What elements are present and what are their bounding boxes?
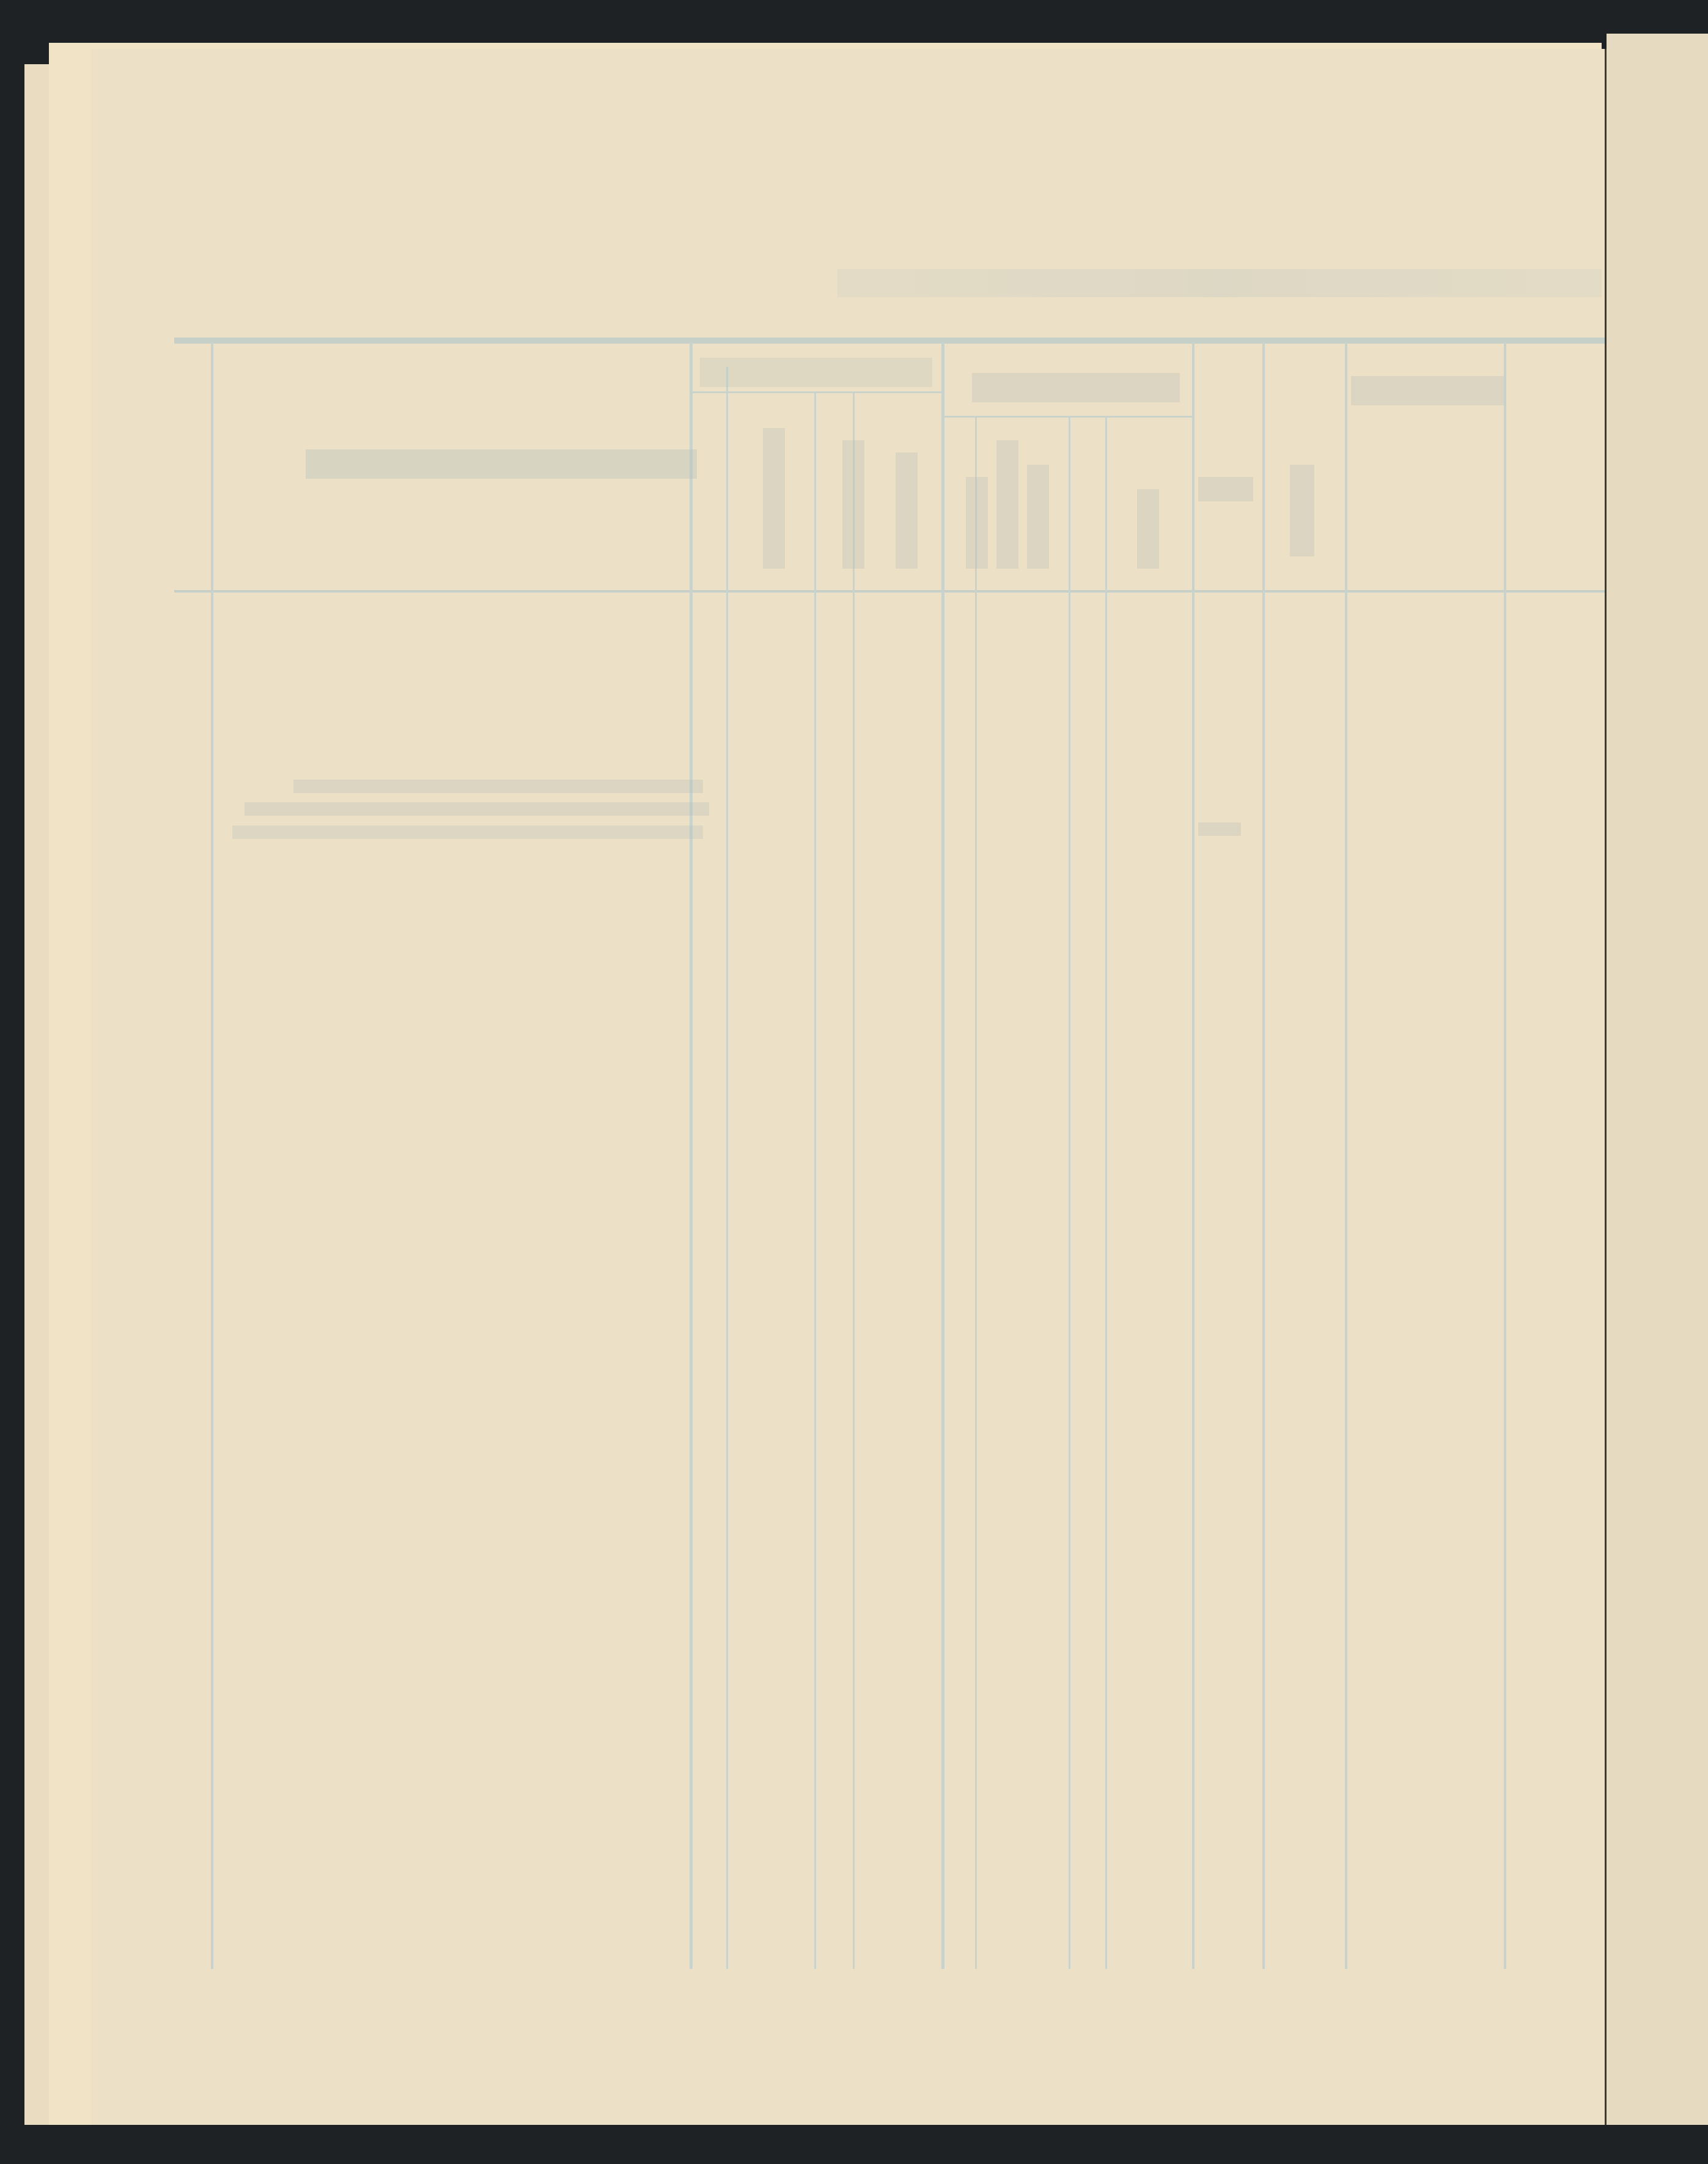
column-rule-10 xyxy=(1262,342,1265,1969)
mirrored-column-header-5 xyxy=(996,440,1018,569)
column-rule-1 xyxy=(690,342,693,1969)
mirrored-header-label-group-2 xyxy=(972,373,1180,402)
mirrored-body-text-line-3 xyxy=(232,825,703,839)
mirrored-row-total-mark xyxy=(1198,822,1241,836)
mirrored-page-number xyxy=(776,208,783,228)
column-rule-4 xyxy=(853,391,855,1969)
header-subdivision-rule-2 xyxy=(690,391,941,393)
column-rule-5 xyxy=(941,342,944,1969)
mirrored-column-header-6 xyxy=(1027,465,1049,569)
column-rule-9 xyxy=(1192,342,1194,1969)
mirrored-column-header-8 xyxy=(1198,477,1253,501)
table-top-rule xyxy=(174,338,1605,344)
facing-page xyxy=(1607,34,1708,2125)
column-rule-7 xyxy=(1069,416,1070,1969)
scan-background-bottom xyxy=(0,2125,1708,2164)
column-rule-3 xyxy=(814,391,816,1969)
table-left-border xyxy=(211,342,213,1969)
mirrored-body-text-line-1 xyxy=(293,780,703,793)
mirrored-column-header-1 xyxy=(763,428,785,569)
mirrored-column-header-9 xyxy=(1290,465,1314,556)
header-bottom-rule xyxy=(174,590,1605,593)
column-rule-11 xyxy=(1345,342,1347,1969)
mirrored-header-label-main xyxy=(306,449,697,479)
column-rule-8 xyxy=(1105,416,1107,1969)
mirrored-column-header-3 xyxy=(896,452,918,569)
mirrored-column-header-4 xyxy=(966,477,988,569)
mirrored-column-header-2 xyxy=(842,440,864,569)
mirrored-header-label-group-3 xyxy=(1351,376,1504,405)
column-rule-2 xyxy=(726,367,728,1969)
mirrored-body-text-line-2 xyxy=(245,802,709,816)
header-subdivision-rule xyxy=(941,416,1192,418)
mirrored-header-label-group-1 xyxy=(700,358,932,387)
column-rule-6 xyxy=(975,416,977,1969)
column-rule-12 xyxy=(1504,342,1506,1969)
mirrored-column-header-7 xyxy=(1137,489,1159,569)
mirrored-running-head xyxy=(837,269,1602,297)
